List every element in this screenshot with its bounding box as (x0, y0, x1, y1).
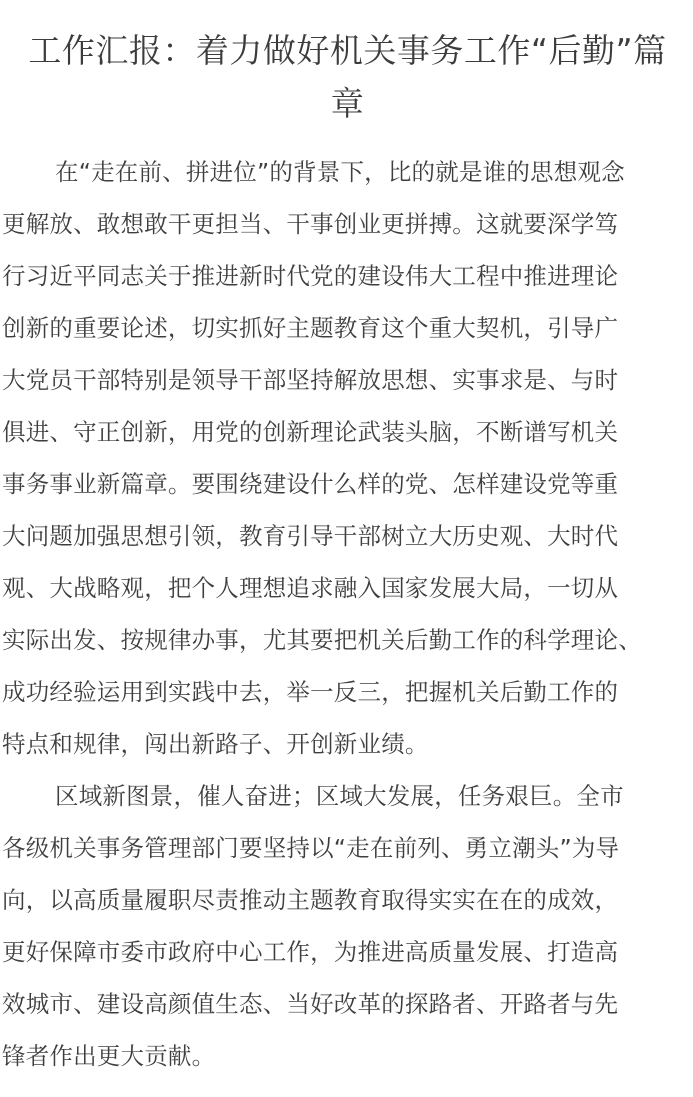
article: 工作汇报：着力做好机关事务工作“后勤”篇 章 在“走在前、拼进位”的背景下，比的… (0, 0, 693, 1082)
article-body: 在“走在前、拼进位”的背景下，比的就是谁的思想观念 更解放、敢想敢干更担当、干事… (2, 146, 693, 1082)
paragraph-line: 俱进、守正创新，用党的创新理论武装头脑，不断谱写机关 (2, 406, 693, 458)
paragraph-line: 更解放、敢想敢干更担当、干事创业更拼搏。这就要深学笃 (2, 198, 693, 250)
paragraph-line: 实际出发、按规律办事，尤其要把机关后勤工作的科学理论、 (2, 614, 693, 666)
paragraph-line: 观、大战略观，把个人理想追求融入国家发展大局，一切从 (2, 562, 693, 614)
paragraph-line: 事务事业新篇章。要围绕建设什么样的党、怎样建设党等重 (2, 458, 693, 510)
paragraph-line: 大党员干部特别是领导干部坚持解放思想、实事求是、与时 (2, 354, 693, 406)
paragraph-line: 效城市、建设高颜值生态、当好改革的探路者、开路者与先 (2, 978, 693, 1030)
paragraph-line: 各级机关事务管理部门要坚持以“走在前列、勇立潮头”为导 (2, 822, 693, 874)
title-line: 章 (2, 77, 693, 130)
title-line: 工作汇报：着力做好机关事务工作“后勤”篇 (2, 24, 693, 77)
paragraph-line: 行习近平同志关于推进新时代党的建设伟大工程中推进理论 (2, 250, 693, 302)
article-title: 工作汇报：着力做好机关事务工作“后勤”篇 章 (2, 0, 693, 130)
paragraph-1: 在“走在前、拼进位”的背景下，比的就是谁的思想观念 更解放、敢想敢干更担当、干事… (2, 146, 693, 770)
paragraph-line: 特点和规律，闯出新路子、开创新业绩。 (2, 718, 693, 770)
paragraph-line: 大问题加强思想引领，教育引导干部树立大历史观、大时代 (2, 510, 693, 562)
paragraph-line: 向，以高质量履职尽责推动主题教育取得实实在在的成效， (2, 874, 693, 926)
paragraph-2: 区域新图景，催人奋进；区域大发展，任务艰巨。全市 各级机关事务管理部门要坚持以“… (2, 770, 693, 1082)
paragraph-line: 更好保障市委市政府中心工作，为推进高质量发展、打造高 (2, 926, 693, 978)
paragraph-line: 成功经验运用到实践中去，举一反三，把握机关后勤工作的 (2, 666, 693, 718)
paragraph-line: 在“走在前、拼进位”的背景下，比的就是谁的思想观念 (2, 146, 693, 198)
paragraph-line: 区域新图景，催人奋进；区域大发展，任务艰巨。全市 (2, 770, 693, 822)
paragraph-line: 锋者作出更大贡献。 (2, 1030, 693, 1082)
paragraph-line: 创新的重要论述，切实抓好主题教育这个重大契机，引导广 (2, 302, 693, 354)
